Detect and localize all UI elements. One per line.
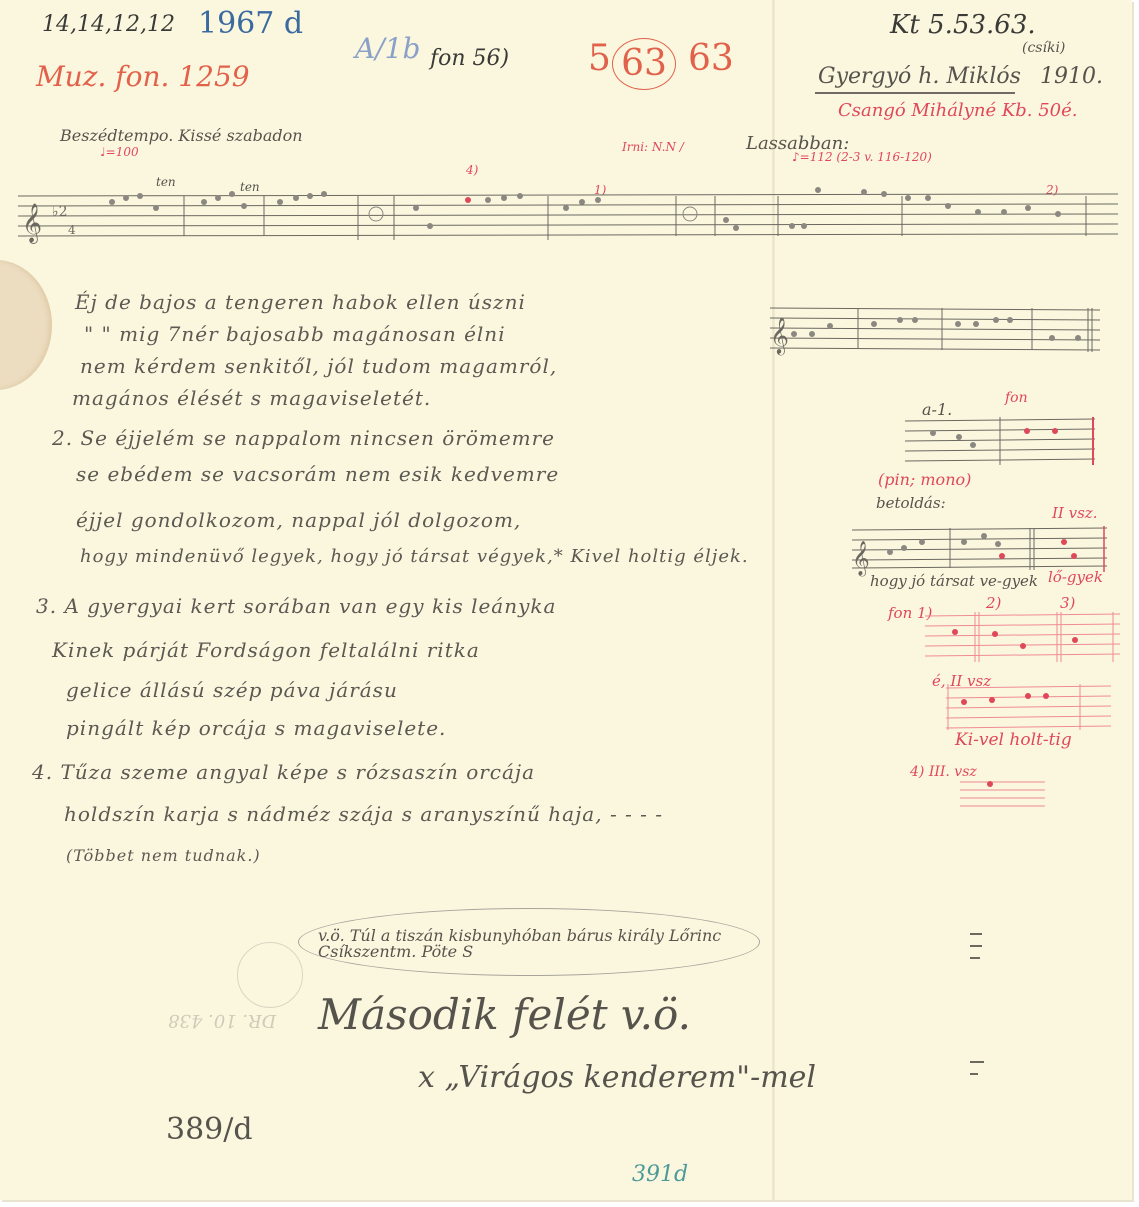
side-staff-red-2 xyxy=(946,682,1116,732)
betoldas-lyric: hogy jó társat ve-gyek xyxy=(870,572,1038,590)
main-staff: 𝄞 ♭2 4 xyxy=(18,190,1123,250)
singer-underline xyxy=(815,92,1015,94)
singer-name: Gyergyó h. Miklós xyxy=(818,64,1021,89)
ten-label-1: ten xyxy=(156,175,176,189)
red-number-circled: 63 xyxy=(612,38,676,90)
pencil-ref: fon 56) xyxy=(430,46,509,71)
bracket-note: (pin; mono) xyxy=(878,470,971,489)
singer-note: (csíki) xyxy=(1022,40,1065,56)
lyric-line: 2. Se éjjelém se nappalom nincsen örömem… xyxy=(52,426,555,450)
svg-text:𝄞: 𝄞 xyxy=(770,316,789,355)
catalog-389: 389/d xyxy=(166,1112,253,1147)
svg-text:♭2: ♭2 xyxy=(52,204,68,220)
side-staff-1: 𝄞 xyxy=(770,300,1105,360)
archive-number-red: Muz. fon. 1259 xyxy=(36,60,250,93)
paper-fold xyxy=(772,0,775,1200)
lyric-line: 3. A gyergyai kert sorában van egy kis l… xyxy=(36,594,556,618)
side-staff-2 xyxy=(905,415,1125,465)
lyric-line: nem kérdem senkitől, jól tudom magamról, xyxy=(80,354,557,378)
archive-stamp xyxy=(237,942,303,1008)
catalog-number-blue: 1967 d xyxy=(198,6,303,41)
stamp-number: DR. 10. 438 xyxy=(168,1010,276,1031)
svg-text:𝄞: 𝄞 xyxy=(22,203,42,244)
top-right-ref: Kt 5.53.63. xyxy=(890,10,1036,40)
punch-hole-stain xyxy=(0,260,52,390)
side-staff-red-3 xyxy=(960,776,1050,816)
section-two-metronome: ♪=112 (2-3 v. 116-120) xyxy=(792,150,932,164)
singer-year: 1910. xyxy=(1040,64,1103,89)
circled-note: v.ö. Túl a tiszán kisbunyhóban bárus kir… xyxy=(318,928,748,960)
masodik-felet: Második felét v.ö. xyxy=(318,990,691,1039)
lyric-line: gelice állású szép páva járásu xyxy=(66,678,398,702)
variant-fon: fon xyxy=(1005,390,1028,406)
lyric-line: holdszín karja s nádméz szája s aranyszí… xyxy=(64,802,663,826)
lyric-line: " " mig 7nér bajosabb magánosan élni xyxy=(84,322,506,346)
lyric-line: 4. Tűza szeme angyal képe s rózsaszín or… xyxy=(32,760,535,784)
annotation-irni: Irni: N.N / xyxy=(622,140,684,154)
red-number-right: 63 xyxy=(688,38,734,79)
tempo-text: Beszédtempo. Kissé szabadon xyxy=(60,126,303,145)
lyric-line: se ebédem se vacsorám nem esik kedvemre xyxy=(76,462,559,486)
manuscript-page: 14,14,12,12 1967 d Muz. fon. 1259 A/1b f… xyxy=(0,0,1132,1200)
svg-text:4: 4 xyxy=(68,223,76,237)
side-staff-3: 𝄞 xyxy=(852,522,1112,572)
lyric-note: (Többet nem tudnak.) xyxy=(66,846,261,865)
lyric-line: pingált kép orcája s magaviselete. xyxy=(66,716,446,740)
variant-II-lyric: lő-gyek xyxy=(1048,568,1103,586)
svg-text:𝄞: 𝄞 xyxy=(852,541,870,577)
viragos-kenderem: x „Virágos kenderem"-mel xyxy=(418,1060,816,1095)
lyric-line: Kinek párját Fordságon feltalálni ritka xyxy=(52,638,480,662)
lyric-line: hogy mindenüvő legyek, hogy jó társat vé… xyxy=(80,546,749,567)
variant-II: II vsz. xyxy=(1052,504,1097,522)
tempo-mark: ♩=100 xyxy=(100,145,139,159)
footnote-4: 4) xyxy=(466,163,478,177)
pencil-ref-blue: A/1b xyxy=(355,32,420,65)
red-number-left: 5 xyxy=(588,38,611,79)
top-left-numbers: 14,14,12,12 xyxy=(42,12,175,37)
lyric-line: éjjel gondolkozom, nappal jól dolgozom, xyxy=(76,508,521,532)
singer-red-note: Csangó Mihályné Kb. 50é. xyxy=(838,100,1078,121)
side-staff-red-1 xyxy=(925,610,1125,665)
lyric-line: Éj de bajos a tengeren habok ellen úszni xyxy=(75,290,526,314)
lyric-line: magános élését s magaviseletét. xyxy=(72,386,431,410)
lyric-kivel: Ki-vel holt-tig xyxy=(955,730,1072,750)
betoldas-label: betoldás: xyxy=(876,494,946,512)
tick-marks xyxy=(970,930,1000,1090)
catalog-391: 391d xyxy=(632,1162,688,1187)
